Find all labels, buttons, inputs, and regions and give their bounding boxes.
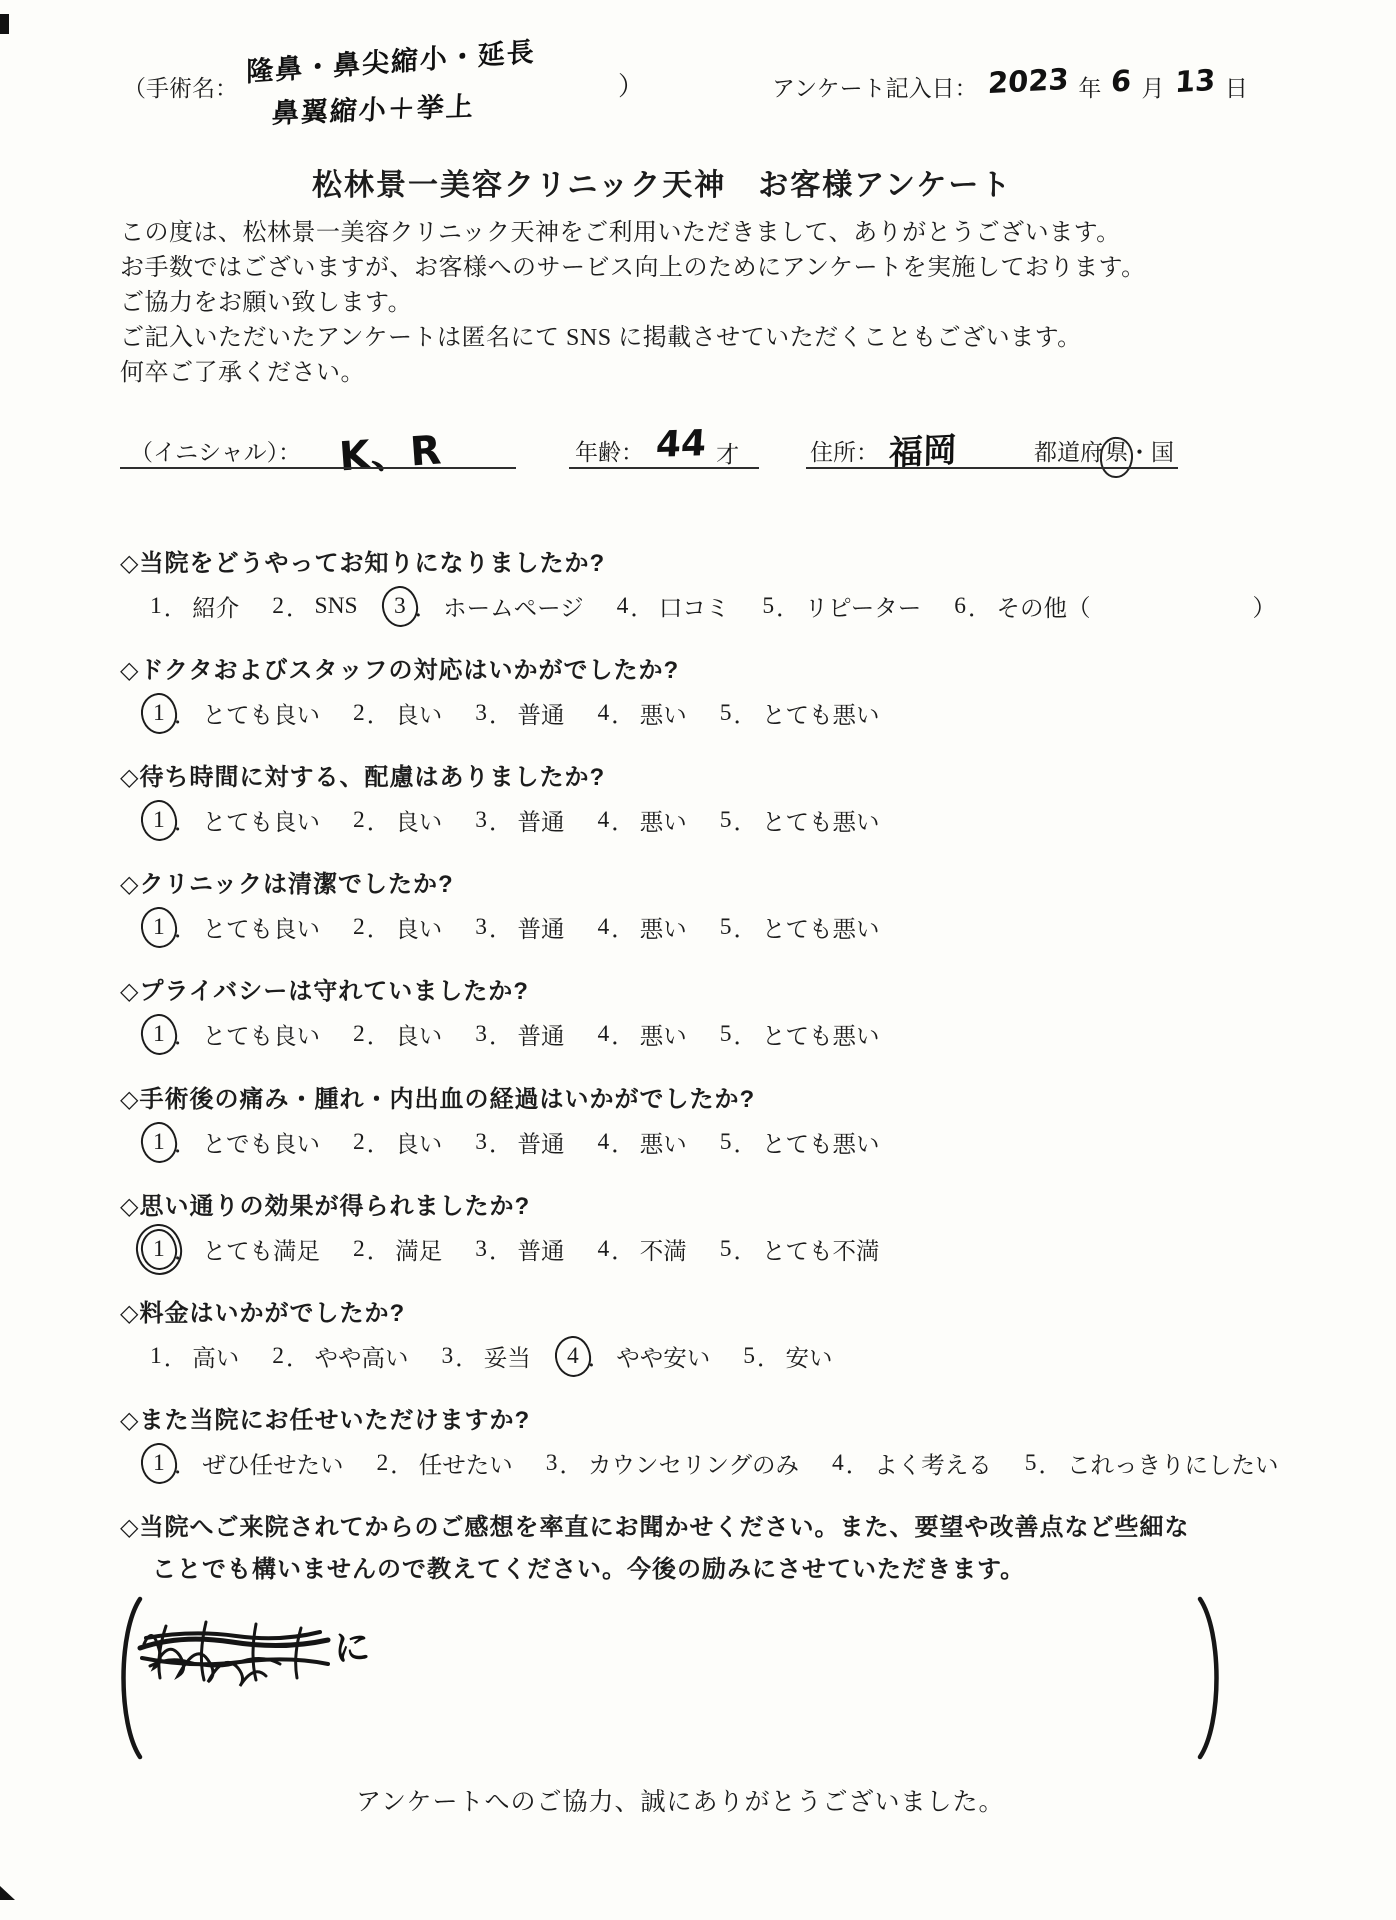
option-number: 1 <box>153 914 165 941</box>
initial-field: （イニシャル）： K、R <box>130 434 441 479</box>
handwritten-comment-char: に <box>333 1619 371 1671</box>
option-separator: ． <box>611 910 635 944</box>
option-number: 1 <box>153 1129 165 1156</box>
handwritten-surgery-name-line1: 隆鼻・鼻尖縮小・延長 <box>246 30 535 89</box>
address-label: 住所： <box>810 434 879 467</box>
option-label: とても満足 <box>203 1232 321 1266</box>
question-prompt: ◇思い通りの効果が得られましたか? <box>120 1186 1386 1221</box>
option-label: よく考える <box>874 1446 992 1480</box>
question-4: ◇クリニックは清潔でしたか?1．とても良い2．良い3．普通4．悪い5．とても悪い <box>120 864 1386 944</box>
question-prompt: ◇料金はいかがでしたか? <box>120 1293 1386 1328</box>
option-label: 普通 <box>518 1125 565 1159</box>
option-label: 妥当 <box>484 1339 531 1373</box>
option-separator: ． <box>174 803 198 837</box>
option-separator: ． <box>174 1446 198 1480</box>
option-separator: ． <box>560 1446 584 1480</box>
option-label: 悪い <box>640 1125 687 1159</box>
option-number: 1 <box>153 807 165 834</box>
option-separator: ． <box>390 1446 414 1480</box>
handwritten-circle-mark: 県 <box>1099 436 1135 479</box>
option-separator: ． <box>489 803 513 837</box>
option-separator: ． <box>367 910 391 944</box>
age-label: 年齢： <box>575 434 644 467</box>
option-separator: ． <box>611 1232 635 1266</box>
option-4: 4．悪い <box>598 910 687 944</box>
question-prompt-line2: ことでも構いませんので教えてください。今後の励みにさせていただきます。 <box>152 1549 1386 1584</box>
option-separator: ． <box>734 1125 758 1159</box>
option-separator: ． <box>630 589 654 623</box>
option-number: 1 <box>150 593 162 620</box>
question-7: ◇思い通りの効果が得られましたか?1．とても満足2．満足3．普通4．不満5．とて… <box>120 1186 1386 1266</box>
option-number: 3 <box>475 1129 487 1156</box>
option-separator: ． <box>489 910 513 944</box>
option-separator: ． <box>734 1017 758 1051</box>
option-label: カウンセリングのみ <box>588 1446 799 1480</box>
option-1: 1．高い <box>150 1339 239 1373</box>
option-5: 5．リピーター <box>762 589 921 623</box>
option-label: 普通 <box>518 696 565 730</box>
option-4: 4．口コミ <box>617 589 730 623</box>
option-label: やや高い <box>315 1339 409 1373</box>
option-separator: ． <box>611 1017 635 1051</box>
option-label: これっきりにしたい <box>1067 1446 1279 1480</box>
option-separator: ． <box>489 1125 513 1159</box>
option-2: 2．良い <box>353 910 442 944</box>
option-4: 4．悪い <box>598 1125 687 1159</box>
options-row: 1．紹介2．SNS3．ホームページ4．口コミ5．リピーター6．その他（） <box>150 589 1386 623</box>
year-unit: 年 <box>1078 70 1101 103</box>
option-separator: ． <box>174 1017 198 1051</box>
region-type-field: 都道府県・国 <box>1034 434 1174 467</box>
option-number: 3 <box>394 593 406 620</box>
handwritten-circle-mark: 1 <box>139 1120 178 1164</box>
option-separator: ． <box>968 589 992 623</box>
option-1: 1．とても良い <box>150 910 320 944</box>
option-3: 3．普通 <box>475 1017 564 1051</box>
option-number: 2 <box>353 914 365 941</box>
option-number: 6 <box>954 593 966 620</box>
option-2: 2．良い <box>353 803 442 837</box>
option-label: とても悪い <box>762 696 880 730</box>
option-number: 2 <box>353 1236 365 1263</box>
scan-artifact-top-left <box>0 14 9 34</box>
option-5: 5．とても悪い <box>720 1125 880 1159</box>
option-1: 1．とても良い <box>150 1017 320 1051</box>
age-unit: 才 <box>716 436 739 469</box>
intro-line: 何卒ご了承ください。 <box>120 356 1146 391</box>
option-number: 2 <box>353 807 365 834</box>
option-label: 良い <box>395 1125 442 1159</box>
handwritten-day: 13 <box>1174 63 1216 99</box>
surgery-name-close-paren: ） <box>618 66 644 103</box>
option-number: 3 <box>442 1343 454 1370</box>
option-separator: ． <box>164 1339 188 1373</box>
question-prompt: ◇当院をどうやってお知りになりましたか? <box>120 543 1386 578</box>
option-number: 2 <box>353 1129 365 1156</box>
option-label: リピーター <box>805 589 922 623</box>
option-5: 5．これっきりにしたい <box>1025 1446 1279 1480</box>
handwritten-circle-mark: 1 <box>139 1441 178 1485</box>
option-1: 1．とても良い <box>150 696 320 730</box>
region-suffix: ・国 <box>1128 440 1174 465</box>
fill-in-line <box>806 467 1178 469</box>
option-separator: ． <box>367 803 391 837</box>
option-5: 5．とても不満 <box>720 1232 880 1266</box>
option-number: 4 <box>598 914 610 941</box>
survey-date-label: アンケート記入日： <box>772 70 978 103</box>
option-4: 4．悪い <box>598 803 687 837</box>
option-number: 4 <box>598 807 610 834</box>
option-label: 高い <box>192 1339 239 1373</box>
option-separator: ． <box>489 1232 513 1266</box>
scribbled-out-text <box>136 1610 336 1700</box>
option-separator: ． <box>174 910 198 944</box>
question-2: ◇ドクタおよびスタッフの対応はいかがでしたか?1．とても良い2．良い3．普通4．… <box>120 650 1386 730</box>
option-3: 3．普通 <box>475 1125 564 1159</box>
option-separator: ． <box>611 803 635 837</box>
option-separator: ． <box>757 1339 781 1373</box>
question-3: ◇待ち時間に対する、配慮はありましたか?1．とても良い2．良い3．普通4．悪い5… <box>120 757 1386 837</box>
handwritten-surgery-name-line2: 鼻翼縮小＋挙上 <box>271 84 476 130</box>
handwritten-circle-mark: 1 <box>139 1012 178 1056</box>
initial-label: （イニシャル）： <box>130 434 301 467</box>
option-6: 6．その他（ <box>954 589 1090 623</box>
intro-line: ご記入いただいたアンケートは匿名にて SNS に掲載させていただくこともございま… <box>120 321 1146 356</box>
option-number: 5 <box>720 1236 732 1263</box>
question-1: ◇当院をどうやってお知りになりましたか?1．紹介2．SNS3．ホームページ4．口… <box>120 543 1386 623</box>
option-label: 良い <box>395 696 442 730</box>
option-separator: ． <box>734 803 758 837</box>
handwritten-circle-mark: 1 <box>139 798 178 842</box>
option-number: 4 <box>598 700 610 727</box>
handwritten-circle-mark: 1 <box>139 1227 178 1271</box>
option-number: 1 <box>153 1450 165 1477</box>
option-label: 良い <box>395 1017 442 1051</box>
option-label: 悪い <box>640 803 687 837</box>
option-label: 任せたい <box>419 1446 513 1480</box>
scan-artifact-bottom-left <box>0 1886 15 1900</box>
option-number: 4 <box>832 1450 844 1477</box>
option-number: 3 <box>475 1236 487 1263</box>
option-separator: ． <box>164 589 188 623</box>
option-number: 4 <box>598 1021 610 1048</box>
options-row: 1．とても満足2．満足3．普通4．不満5．とても不満 <box>150 1232 1386 1266</box>
option-label: とでも良い <box>203 1125 321 1159</box>
option-number: 5 <box>743 1343 755 1370</box>
option-label: 普通 <box>518 1232 565 1266</box>
option-separator: ． <box>734 696 758 730</box>
intro-line: ご協力をお願い致します。 <box>120 286 1146 321</box>
option-label: とても良い <box>203 696 321 730</box>
option-separator: ． <box>174 1232 198 1266</box>
option-number: 5 <box>720 807 732 834</box>
handwritten-month: 6 <box>1110 63 1132 98</box>
options-row: 1．ぜひ任せたい2．任せたい3．カウンセリングのみ4．よく考える5．これっきりに… <box>150 1446 1386 1480</box>
option-number: 3 <box>475 700 487 727</box>
option-label: とても良い <box>203 803 321 837</box>
handwritten-age: 44 <box>655 423 708 466</box>
question-5: ◇プライバシーは守れていましたか?1．とても良い2．良い3．普通4．悪い5．とて… <box>120 971 1386 1051</box>
option-number: 5 <box>762 593 774 620</box>
option-label: 悪い <box>640 1017 687 1051</box>
option-label: 悪い <box>640 910 687 944</box>
option-number: 4 <box>617 593 629 620</box>
handwritten-circle-mark: 1 <box>139 905 178 949</box>
option-separator: ． <box>846 1446 870 1480</box>
option-separator: ． <box>588 1339 612 1373</box>
option-label: とても悪い <box>762 910 880 944</box>
option-separator: ． <box>286 1339 310 1373</box>
handwritten-circle-mark: 4 <box>553 1334 592 1378</box>
option-label: とても不満 <box>762 1232 880 1266</box>
option-1: 1．とても満足 <box>150 1232 320 1266</box>
option-separator: ． <box>776 589 800 623</box>
option-label: 安い <box>786 1339 833 1373</box>
option-2: 2．良い <box>353 1017 442 1051</box>
surgery-name-label: （手術名： <box>123 70 238 103</box>
options-row: 1．とても良い2．良い3．普通4．悪い5．とても悪い <box>150 803 1386 837</box>
option-2: 2．やや高い <box>272 1339 408 1373</box>
option-3: 3．ホームページ <box>391 589 584 623</box>
intro-line: この度は、松林景一美容クリニック天神をご利用いただきまして、ありがとうございます… <box>120 216 1146 251</box>
option-label: とても悪い <box>762 1017 880 1051</box>
option-separator: ． <box>489 696 513 730</box>
options-row: 1．とても良い2．良い3．普通4．悪い5．とても悪い <box>150 910 1386 944</box>
option-label: とても悪い <box>762 1125 880 1159</box>
option-number: 3 <box>475 807 487 834</box>
region-circled: 県 <box>1105 439 1130 466</box>
option-number: 5 <box>720 914 732 941</box>
option-2: 2．満足 <box>353 1232 442 1266</box>
option-label: 良い <box>395 803 442 837</box>
option-2: 2．任せたい <box>377 1446 513 1480</box>
option-label: SNS <box>315 593 358 620</box>
closing-thanks: アンケートへのご協力、誠にありがとうございました。 <box>356 1782 1005 1818</box>
option-separator: ． <box>367 1232 391 1266</box>
option-2: 2．SNS <box>272 589 357 623</box>
option-label: とても良い <box>203 1017 321 1051</box>
option-number: 4 <box>598 1236 610 1263</box>
option-label: やや安い <box>616 1339 710 1373</box>
option-3: 3．普通 <box>475 696 564 730</box>
option-number: 1 <box>153 700 165 727</box>
option-label: 普通 <box>518 1017 565 1051</box>
option-separator: ． <box>367 696 391 730</box>
survey-date-row: アンケート記入日： 2023 年 6 月 13 日 <box>772 70 1248 103</box>
option-separator: ． <box>286 589 310 623</box>
option-3: 3．普通 <box>475 910 564 944</box>
option-separator: ． <box>174 696 198 730</box>
option-number: 1 <box>153 1021 165 1048</box>
fill-in-line <box>120 467 516 469</box>
option-separator: ． <box>1039 1446 1063 1480</box>
option-label: とても悪い <box>762 803 880 837</box>
option-number: 2 <box>377 1450 389 1477</box>
option-separator: ． <box>611 696 635 730</box>
option-number: 3 <box>475 914 487 941</box>
option-number: 3 <box>546 1450 558 1477</box>
question-prompt: ◇また当院にお任せいただけますか? <box>120 1400 1386 1435</box>
option-number: 2 <box>272 1343 284 1370</box>
handwritten-year: 2023 <box>987 62 1069 100</box>
handwritten-circle-mark: 1 <box>139 691 178 735</box>
options-row: 1．とても良い2．良い3．普通4．悪い5．とても悪い <box>150 1017 1386 1051</box>
options-row: 1．とでも良い2．良い3．普通4．悪い5．とても悪い <box>150 1125 1386 1159</box>
option-separator: ． <box>734 1232 758 1266</box>
question-10: ◇当院へご来院されてからのご感想を率直にお聞かせください。また、要望や改善点など… <box>120 1507 1386 1584</box>
question-prompt: ◇待ち時間に対する、配慮はありましたか? <box>120 757 1386 792</box>
question-prompt: ◇クリニックは清潔でしたか? <box>120 864 1386 899</box>
option-number: 1 <box>153 1236 165 1263</box>
option-label: ぜひ任せたい <box>203 1446 344 1480</box>
option-number: 5 <box>720 1129 732 1156</box>
option-2: 2．良い <box>353 696 442 730</box>
page-title: 松林景一美容クリニック天神 お客様アンケート <box>312 160 1012 204</box>
option-4: 4．やや安い <box>564 1339 711 1373</box>
option-label: 良い <box>395 910 442 944</box>
comment-box-close-paren <box>1194 1596 1230 1760</box>
option-separator: ． <box>489 1017 513 1051</box>
option-label: 口コミ <box>659 589 730 623</box>
option-number: 4 <box>598 1129 610 1156</box>
option-number: 5 <box>1025 1450 1037 1477</box>
option-separator: ． <box>367 1017 391 1051</box>
option-1: 1．とても良い <box>150 803 320 837</box>
option-1: 1．とでも良い <box>150 1125 320 1159</box>
option-4: 4．悪い <box>598 1017 687 1051</box>
day-unit: 日 <box>1225 70 1248 103</box>
option-label: とても良い <box>203 910 321 944</box>
option-4: 4．不満 <box>598 1232 687 1266</box>
options-row: 1．とても良い2．良い3．普通4．悪い5．とても悪い <box>150 696 1386 730</box>
option-number: 2 <box>353 1021 365 1048</box>
option-label: 紹介 <box>192 589 239 623</box>
question-8: ◇料金はいかがでしたか?1．高い2．やや高い3．妥当4．やや安い5．安い <box>120 1293 1386 1373</box>
question-prompt: ◇手術後の痛み・腫れ・内出血の経過はいかがでしたか? <box>120 1079 1386 1114</box>
options-row: 1．高い2．やや高い3．妥当4．やや安い5．安い <box>150 1339 1386 1373</box>
option-label: 満足 <box>395 1232 442 1266</box>
option-4: 4．よく考える <box>832 1446 992 1480</box>
option-label: ホームページ <box>443 589 584 623</box>
month-unit: 月 <box>1142 70 1165 103</box>
option-label: その他（ <box>996 589 1090 623</box>
option-separator: ． <box>415 589 439 623</box>
option-number: 5 <box>720 700 732 727</box>
other-close-paren: ） <box>1252 589 1276 623</box>
option-number: 3 <box>475 1021 487 1048</box>
option-number: 2 <box>272 593 284 620</box>
option-5: 5．とても悪い <box>720 803 880 837</box>
option-number: 5 <box>720 1021 732 1048</box>
question-6: ◇手術後の痛み・腫れ・内出血の経過はいかがでしたか?1．とでも良い2．良い3．普… <box>120 1079 1386 1159</box>
question-prompt: ◇ドクタおよびスタッフの対応はいかがでしたか? <box>120 650 1386 685</box>
option-label: 不満 <box>640 1232 687 1266</box>
region-prefix: 都道府 <box>1034 440 1103 465</box>
option-separator: ． <box>734 910 758 944</box>
question-9: ◇また当院にお任せいただけますか?1．ぜひ任せたい2．任せたい3．カウンセリング… <box>120 1400 1386 1480</box>
option-1: 1．ぜひ任せたい <box>150 1446 344 1480</box>
option-5: 5．とても悪い <box>720 696 880 730</box>
option-number: 1 <box>150 1343 162 1370</box>
intro-paragraph: この度は、松林景一美容クリニック天神をご利用いただきまして、ありがとうございます… <box>120 216 1146 391</box>
option-3: 3．妥当 <box>442 1339 531 1373</box>
option-3: 3．普通 <box>475 803 564 837</box>
question-prompt: ◇当院へご来院されてからのご感想を率直にお聞かせください。また、要望や改善点など… <box>120 1507 1386 1542</box>
option-5: 5．とても悪い <box>720 1017 880 1051</box>
option-label: 悪い <box>640 696 687 730</box>
intro-line: お手数ではございますが、お客様へのサービス向上のためにアンケートを実施しておりま… <box>120 251 1146 286</box>
option-number: 4 <box>567 1343 579 1370</box>
option-2: 2．良い <box>353 1125 442 1159</box>
handwritten-initials: K、R <box>337 419 443 483</box>
option-label: 普通 <box>518 910 565 944</box>
option-separator: ． <box>611 1125 635 1159</box>
question-prompt: ◇プライバシーは守れていましたか? <box>120 971 1386 1006</box>
handwritten-circle-mark: 3 <box>380 584 419 628</box>
option-separator: ． <box>174 1125 198 1159</box>
option-3: 3．普通 <box>475 1232 564 1266</box>
option-separator: ． <box>455 1339 479 1373</box>
fill-in-line <box>569 467 759 469</box>
option-3: 3．カウンセリングのみ <box>546 1446 799 1480</box>
option-number: 2 <box>353 700 365 727</box>
option-5: 5．安い <box>743 1339 832 1373</box>
option-5: 5．とても悪い <box>720 910 880 944</box>
option-1: 1．紹介 <box>150 589 239 623</box>
option-label: 普通 <box>518 803 565 837</box>
age-field: 年齢： 44 才 <box>575 434 739 469</box>
option-4: 4．悪い <box>598 696 687 730</box>
option-separator: ． <box>367 1125 391 1159</box>
